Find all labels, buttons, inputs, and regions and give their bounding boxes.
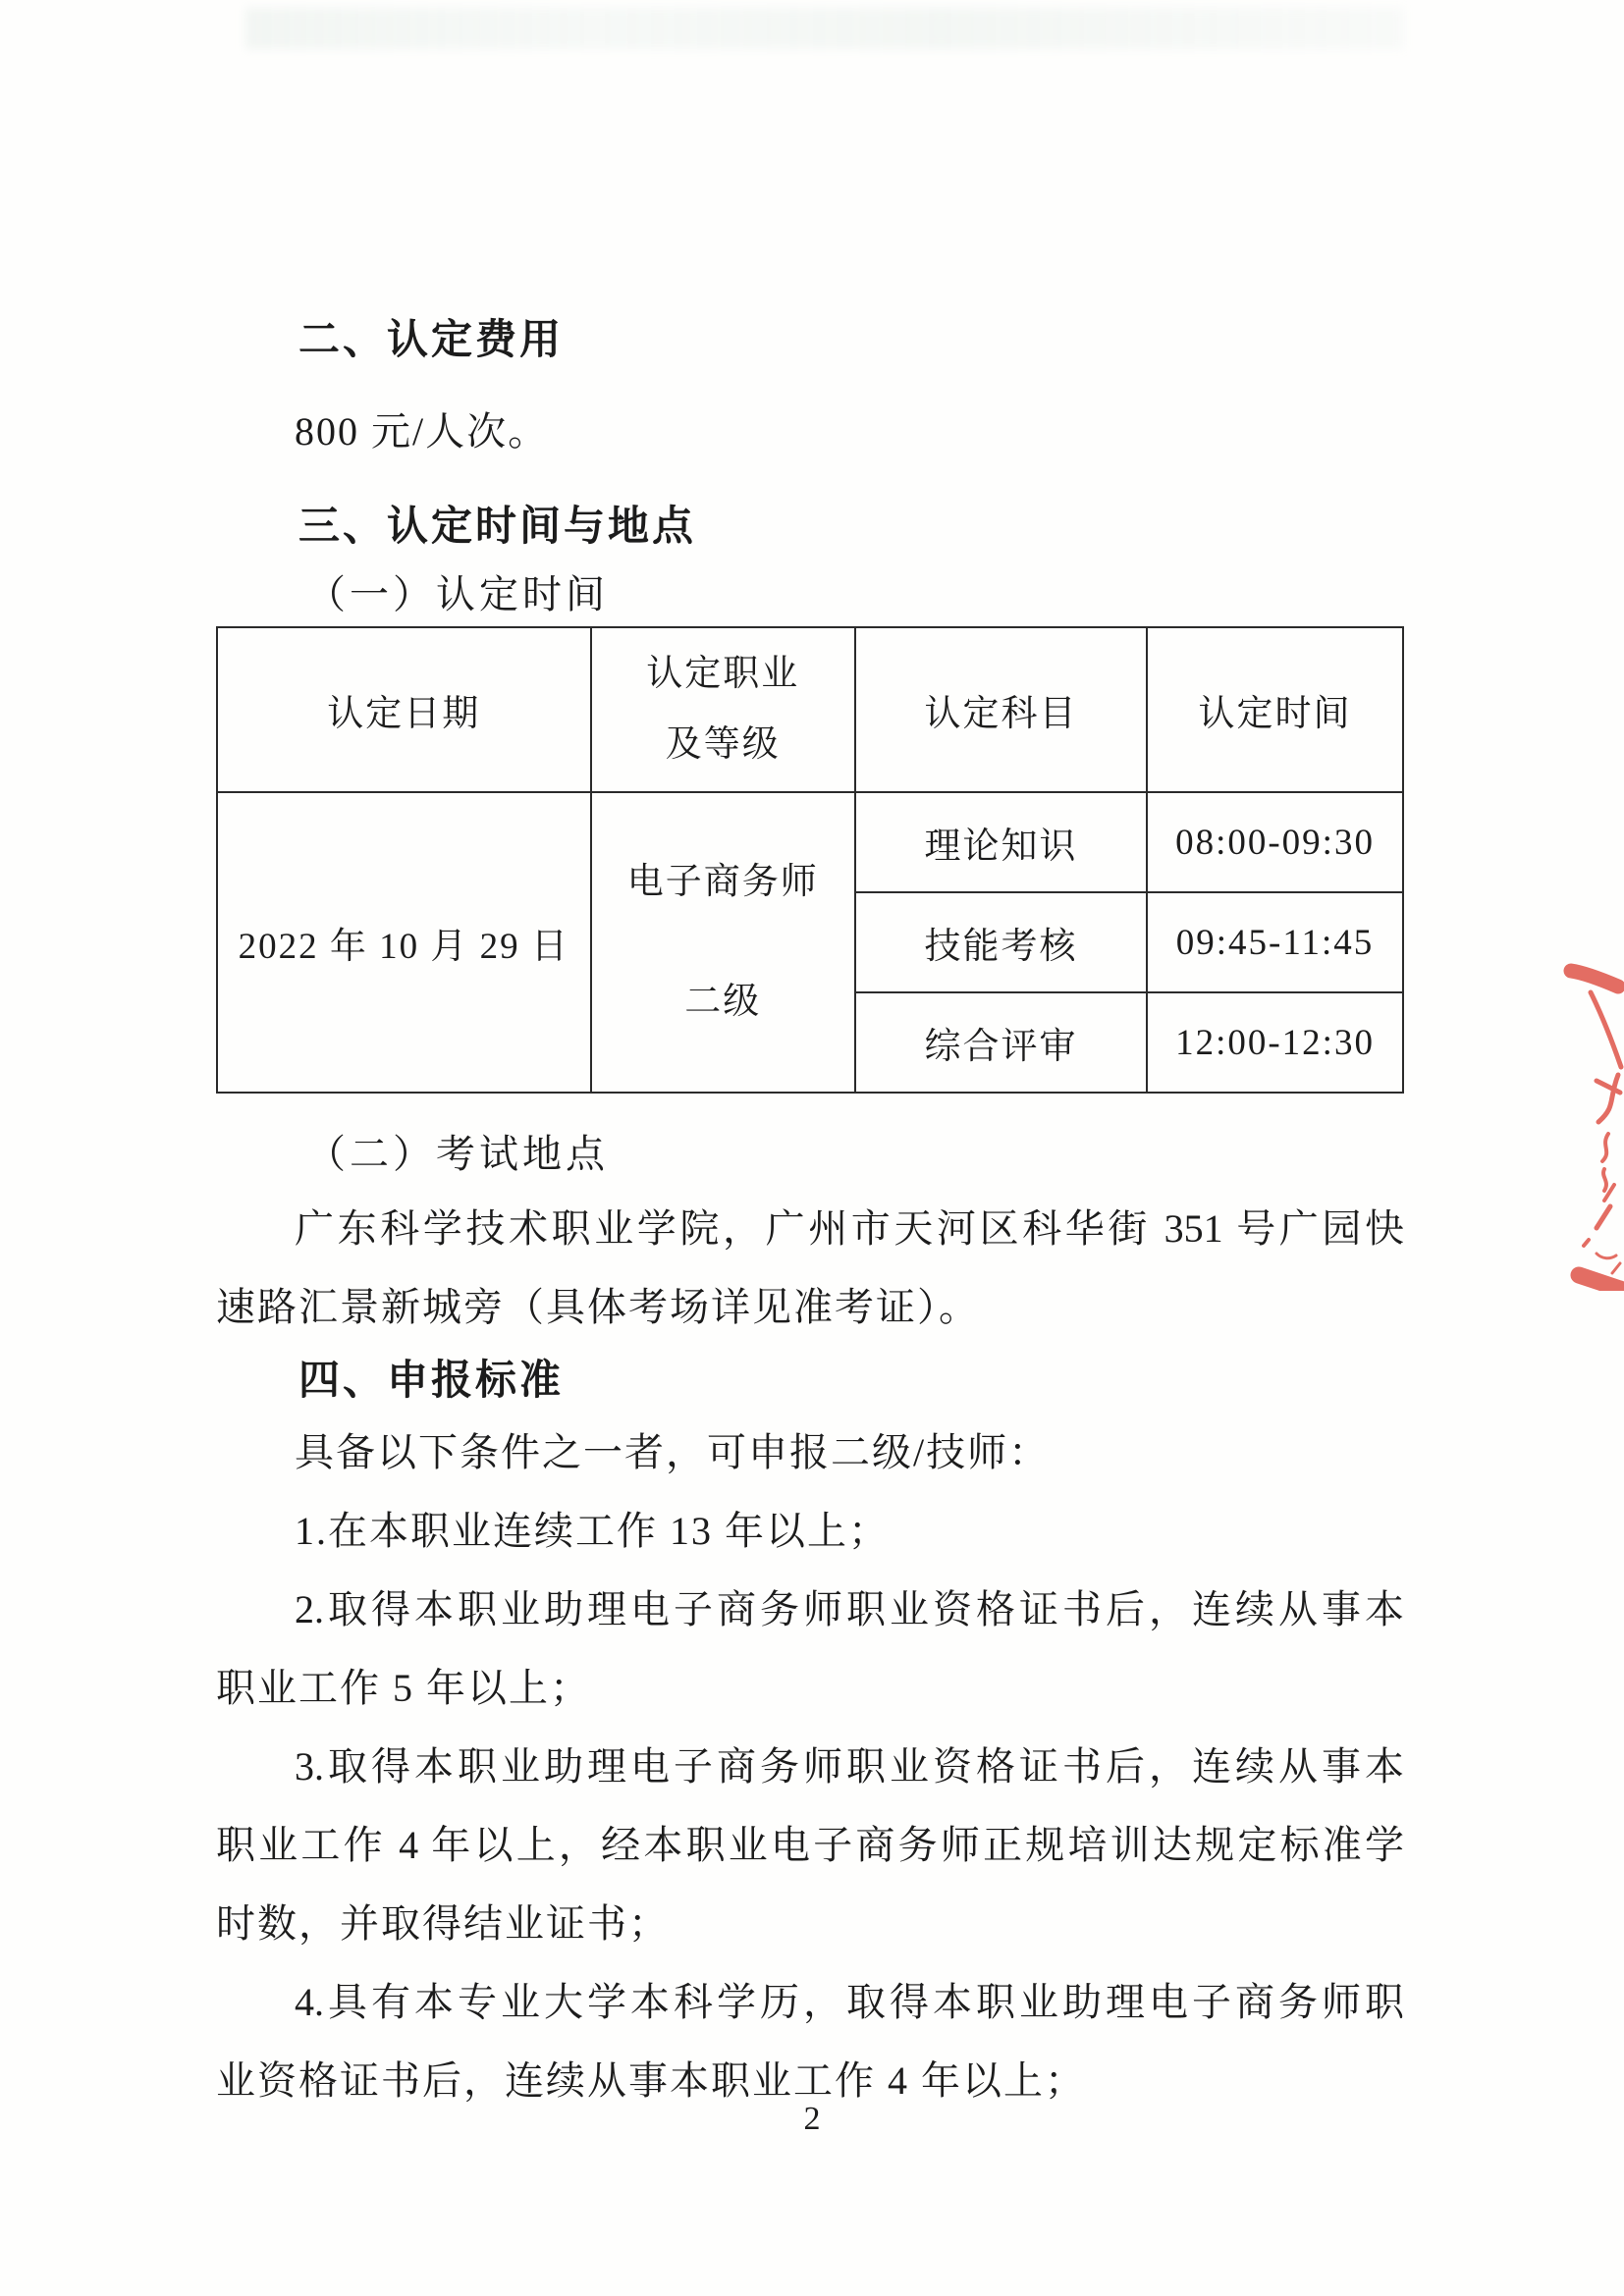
requirement-line-3c: 时数，并取得结业证书； <box>216 1885 1404 1963</box>
address-line-2: 速路汇景新城旁（具体考场详见准考证）。 <box>216 1268 1404 1347</box>
document-page: 二、认定费用 800 元/人次。 三、认定时间与地点 （一）认定时间 认定日期 … <box>0 0 1624 2296</box>
stamp-stroke <box>1579 1275 1620 1289</box>
table-header-occupation-line2: 及等级 <box>592 710 854 780</box>
subject-cell: 理论知识 <box>855 792 1147 892</box>
occupation-line2: 二级 <box>592 971 854 1034</box>
subsection-2-heading: （二）考试地点 <box>216 1129 1404 1180</box>
section-2-heading: 二、认定费用 <box>216 312 1404 367</box>
document-content: 二、认定费用 800 元/人次。 三、认定时间与地点 （一）认定时间 认定日期 … <box>216 312 1404 2120</box>
stamp-stroke <box>1602 1134 1608 1161</box>
page-number: 2 <box>0 2101 1624 2138</box>
address-line-1: 广东科学技术职业学院，广州市天河区科华街 351 号广园快 <box>216 1190 1404 1268</box>
table-header-occupation: 认定职业 及等级 <box>591 627 855 792</box>
section-4-heading: 四、申报标准 <box>216 1353 1404 1408</box>
stamp-stroke <box>1571 971 1618 987</box>
table-header-date: 认定日期 <box>217 627 591 792</box>
requirement-line-3b: 职业工作 4 年以上，经本职业电子商务师正规培训达规定标准学 <box>216 1806 1404 1885</box>
subject-cell: 技能考核 <box>855 892 1147 992</box>
requirement-line-3a: 3.取得本职业助理电子商务师职业资格证书后，连续从事本 <box>216 1728 1404 1806</box>
stamp-stroke <box>1584 1240 1589 1246</box>
standards-intro-line: 具备以下条件之一者，可申报二级/技师： <box>216 1414 1404 1492</box>
time-cell: 12:00-12:30 <box>1147 992 1403 1093</box>
table-header-subject: 认定科目 <box>855 627 1147 792</box>
subject-cell: 综合评审 <box>855 992 1147 1093</box>
stamp-stroke <box>1597 1075 1620 1122</box>
stamp-stroke <box>1603 1169 1614 1201</box>
time-cell: 08:00-09:30 <box>1147 792 1403 892</box>
requirement-line-2a: 2.取得本职业助理电子商务师职业资格证书后，连续从事本 <box>216 1571 1404 1649</box>
stamp-stroke <box>1591 992 1621 1067</box>
stamp-stroke <box>1597 1206 1610 1228</box>
fee-amount: 800 元/人次。 <box>216 393 1404 471</box>
subsection-1-heading: （一）认定时间 <box>216 569 1404 620</box>
requirement-line-2b: 职业工作 5 年以上； <box>216 1649 1404 1728</box>
red-stamp-artifact <box>1555 957 1624 1291</box>
occupation-cell: 电子商务师 二级 <box>591 792 855 1093</box>
section-3-heading: 三、认定时间与地点 <box>216 499 1404 554</box>
stamp-stroke <box>1597 1254 1620 1273</box>
table-header-time: 认定时间 <box>1147 627 1403 792</box>
schedule-table: 认定日期 认定职业 及等级 认定科目 认定时间 2022 年 10 月 29 日… <box>216 626 1404 1094</box>
time-cell: 09:45-11:45 <box>1147 892 1403 992</box>
requirement-line-1: 1.在本职业连续工作 13 年以上； <box>216 1492 1404 1571</box>
bleed-through-artifact <box>245 8 1404 49</box>
requirement-line-4a: 4.具有本专业大学本科学历，取得本职业助理电子商务师职 <box>216 1963 1404 2042</box>
table-header-occupation-line1: 认定职业 <box>592 639 854 710</box>
exam-date-cell: 2022 年 10 月 29 日 <box>217 792 591 1093</box>
occupation-line1: 电子商务师 <box>592 851 854 914</box>
